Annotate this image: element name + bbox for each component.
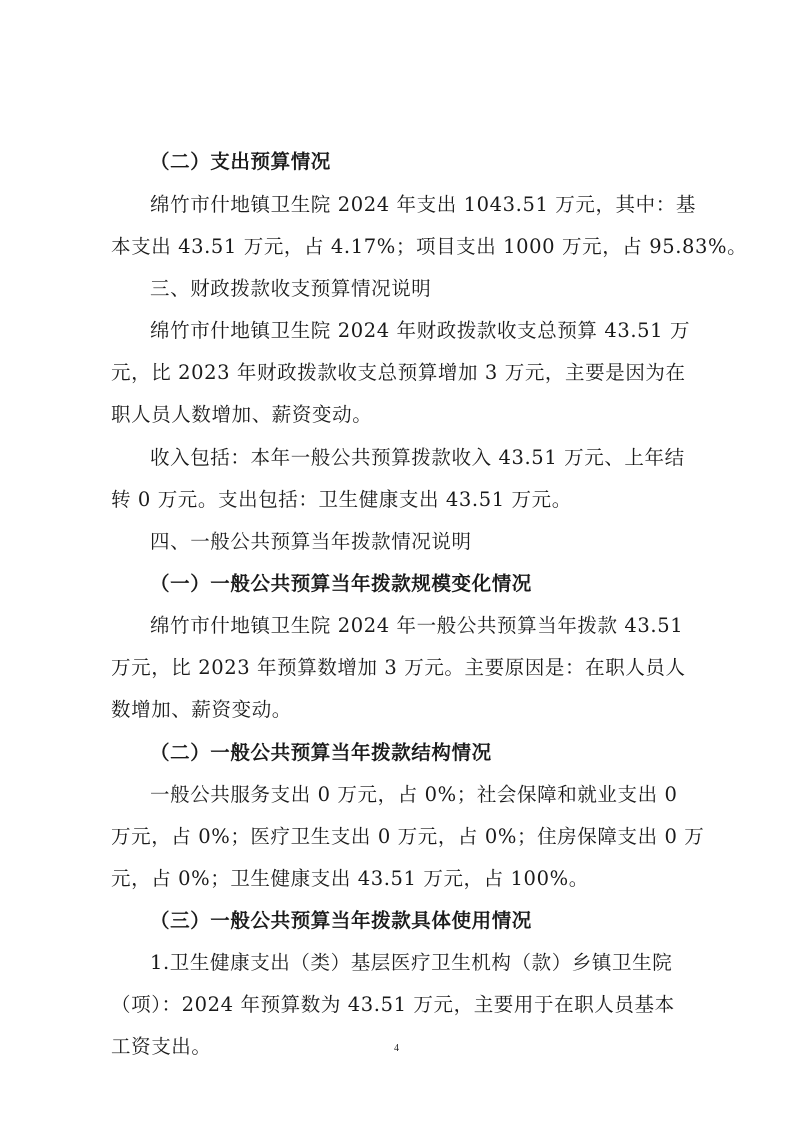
paragraph-line: 数增加、薪资变动。 [111,698,292,722]
paragraph-line: 1.卫生健康支出（类）基层医疗卫生机构（款）乡镇卫生院 [150,951,672,975]
paragraph-line: 转 0 万元。支出包括：卫生健康支出 43.51 万元。 [111,488,572,512]
section-heading-fiscal-appropriation: 三、财政拨款收支预算情况说明 [150,277,431,301]
paragraph-line: 绵竹市什地镇卫生院 2024 年支出 1043.51 万元，其中：基 [150,193,696,217]
paragraph-line: （项）：2024 年预算数为 43.51 万元，主要用于在职人员基本 [111,993,675,1017]
paragraph-line: 万元，比 2023 年预算数增加 3 万元。主要原因是：在职人员人 [111,656,686,680]
paragraph-line: 元，占 0%；卫生健康支出 43.51 万元，占 100%。 [111,867,589,891]
paragraph-line: 一般公共服务支出 0 万元，占 0%；社会保障和就业支出 0 [150,783,678,807]
paragraph-line: 收入包括：本年一般公共预算拨款收入 43.51 万元、上年结 [150,446,685,470]
paragraph-line: 万元，占 0%；医疗卫生支出 0 万元，占 0%；住房保障支出 0 万 [111,825,704,849]
paragraph-line: 元，比 2023 年财政拨款收支总预算增加 3 万元，主要是因为在 [111,361,686,385]
subsection-heading-structure: （二）一般公共预算当年拨款结构情况 [150,741,492,765]
subsection-heading-specific-use: （三）一般公共预算当年拨款具体使用情况 [150,909,532,933]
paragraph-line: 绵竹市什地镇卫生院 2024 年财政拨款收支总预算 43.51 万 [150,319,690,343]
section-heading-expenditure-budget: （二）支出预算情况 [150,150,331,174]
subsection-heading-scale-change: （一）一般公共预算当年拨款规模变化情况 [150,572,532,596]
paragraph-line: 本支出 43.51 万元，占 4.17%；项目支出 1000 万元，占 95.8… [111,235,747,259]
paragraph-line: 职人员人数增加、薪资变动。 [111,403,372,427]
paragraph-line: 绵竹市什地镇卫生院 2024 年一般公共预算当年拨款 43.51 [150,614,683,638]
section-heading-general-public-budget: 四、一般公共预算当年拨款情况说明 [150,530,472,554]
page-number: 4 [0,1043,793,1054]
